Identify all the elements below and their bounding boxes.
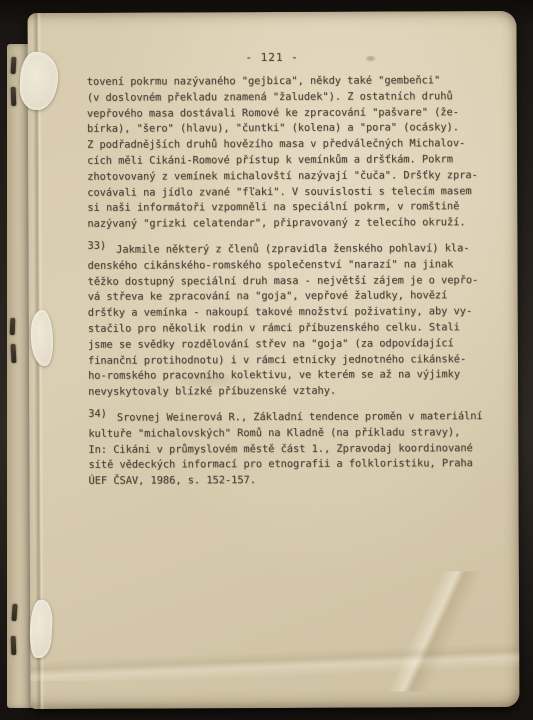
- paper-crease: [30, 639, 519, 681]
- footnote-33: 33)Jakmile některý z členů (zpravidla že…: [87, 241, 500, 401]
- page-text: tovení pokrmu nazývaného "gejbica", někd…: [87, 73, 501, 500]
- document-page: - 121 - tovení pokrmu nazývaného "gejbic…: [27, 11, 519, 709]
- staple-mark: [10, 318, 16, 335]
- staple-mark: [11, 87, 17, 106]
- staple-mark: [11, 344, 17, 363]
- footnote-marker: 34): [88, 407, 107, 423]
- footnote-text: Jakmile některý z členů (zpravidla žensk…: [88, 242, 479, 398]
- page-number: - 121 -: [28, 50, 517, 65]
- footnote-marker: 33): [87, 239, 106, 255]
- body-paragraph: tovení pokrmu nazývaného "gejbica", někd…: [87, 73, 500, 233]
- footnote-text: Srovnej Weinerová R., Základní tendence …: [88, 410, 482, 487]
- paragraph-text: tovení pokrmu nazývaného "gejbica", někd…: [87, 74, 478, 230]
- staple-mark: [11, 636, 17, 655]
- footnote-34: 34)Srovnej Weinerová R., Základní tenden…: [88, 409, 500, 490]
- scan-background: - 121 - tovení pokrmu nazývaného "gejbic…: [0, 0, 533, 720]
- staple-mark: [11, 57, 17, 74]
